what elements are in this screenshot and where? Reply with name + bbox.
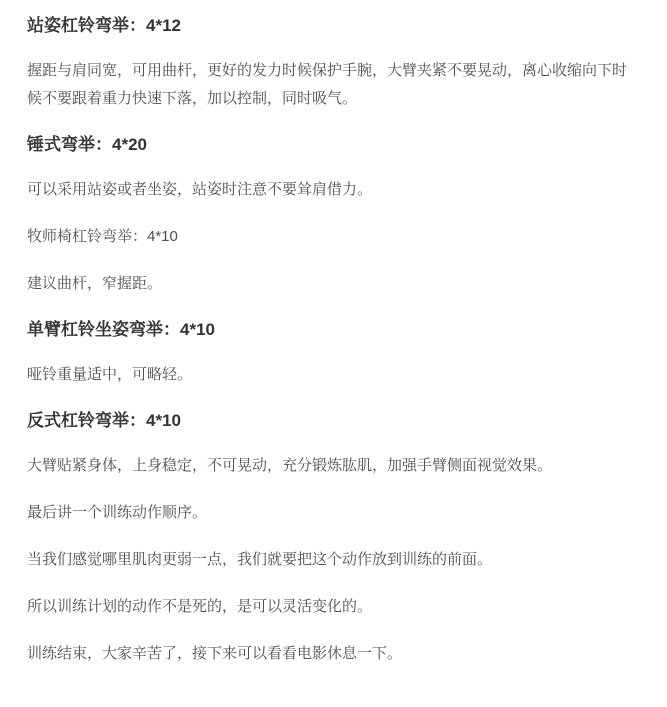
paragraph-single-arm-seated-curl-notes: 哑铃重量适中，可略轻。 [27,361,640,389]
paragraph-training-order-weak-muscle: 当我们感觉哪里肌肉更弱一点，我们就要把这个动作放到训练的前面。 [27,546,640,574]
paragraph-training-finished: 训练结束，大家辛苦了，接下来可以看看电影休息一下。 [27,640,640,668]
paragraph-preacher-curl-title: 牧师椅杠铃弯举：4*10 [27,223,640,251]
paragraph-training-order-intro: 最后讲一个训练动作顺序。 [27,499,640,527]
paragraph-reverse-barbell-curl-notes: 大臂贴紧身体，上身稳定，不可晃动，充分锻炼肱肌，加强手臂侧面视觉效果。 [27,452,640,480]
paragraph-standing-barbell-curl-notes: 握距与肩同宽，可用曲杆，更好的发力时候保护手腕，大臂夹紧不要晃动，离心收缩向下时… [27,57,640,113]
paragraph-hammer-curl-notes: 可以采用站姿或者坐姿，站姿时注意不要耸肩借力。 [27,176,640,204]
article-page: 站姿杠铃弯举：4*12 握距与肩同宽，可用曲杆，更好的发力时候保护手腕，大臂夹紧… [0,0,667,707]
paragraph-training-plan-flexible: 所以训练计划的动作不是死的，是可以灵活变化的。 [27,593,640,621]
paragraph-preacher-curl-notes: 建议曲杆，窄握距。 [27,270,640,298]
section-heading-hammer-curl: 锤式弯举：4*20 [27,132,640,157]
section-heading-standing-barbell-curl: 站姿杠铃弯举：4*12 [27,13,640,38]
section-heading-reverse-barbell-curl: 反式杠铃弯举：4*10 [27,408,640,433]
article-body: 站姿杠铃弯举：4*12 握距与肩同宽，可用曲杆，更好的发力时候保护手腕，大臂夹紧… [27,13,640,668]
section-heading-single-arm-seated-curl: 单臂杠铃坐姿弯举：4*10 [27,317,640,342]
